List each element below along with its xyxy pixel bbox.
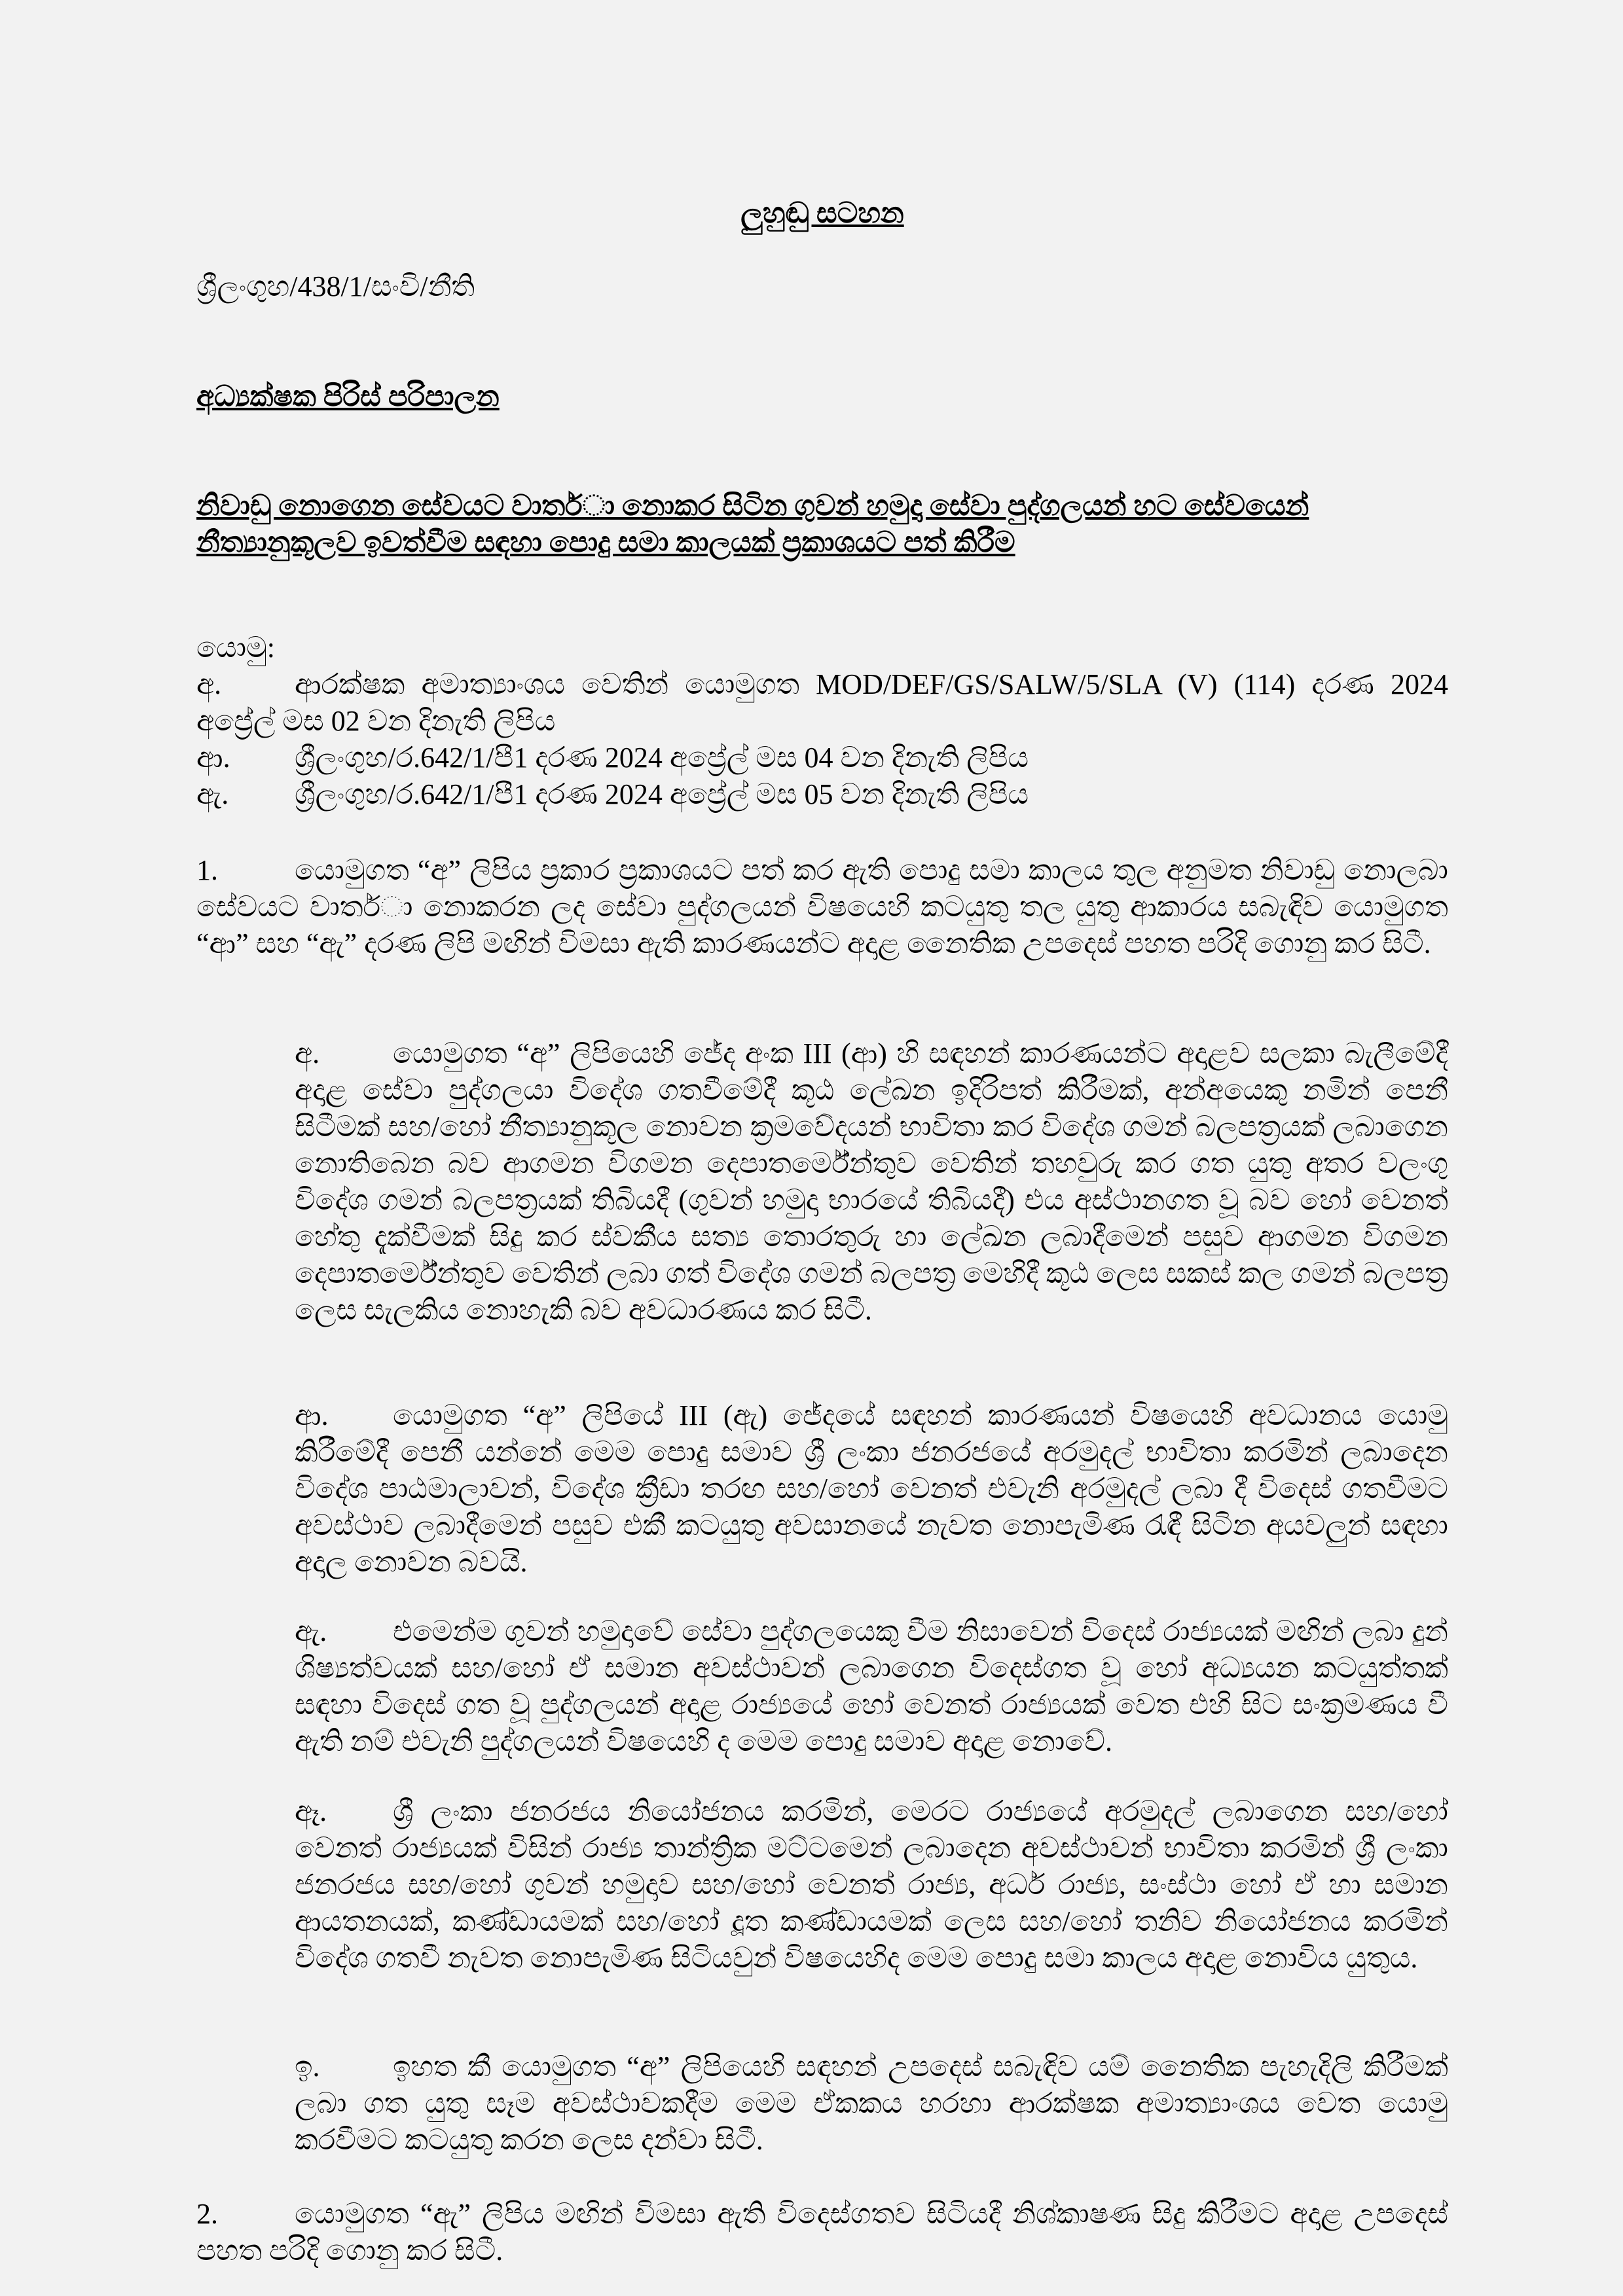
paragraph-number: 1.	[196, 852, 295, 889]
sub-item-text: ශ්‍රී ලංකා ජනරජය නියෝජනය කරමින්, මෙරට රා…	[295, 1795, 1448, 1974]
subject-line: නීත්‍යානුකූලව ඉවත්වීම සඳහා පොදු සමා කාලය…	[196, 526, 1015, 558]
addressee: අධ්‍යක්ෂක පිරිස් පරිපාලන	[196, 380, 500, 413]
sub-item-aae: ඈ.ශ්‍රී ලංකා ජනරජය නියෝජනය කරමින්, මෙරට …	[295, 1793, 1448, 1977]
subject-line: නිවාඩු නොගෙන සේවයට වාතර්ා නොකර සිටින ගුව…	[196, 488, 1448, 524]
reference-item: අ.ආරක්ෂක අමාත්‍යාංශය වෙතින් යොමුගත MOD/D…	[196, 666, 1448, 740]
document-title: ලුහුඬු සටහන	[196, 196, 1448, 230]
reference-marker: ආ.	[196, 740, 295, 776]
reference-text: ශ්‍රීලංගුහ/ර.642/1/පී1 දරණ 2024 අප්‍රේල්…	[295, 778, 1029, 810]
reference-text: ආරක්ෂක අමාත්‍යාංශය වෙතින් යොමුගත MOD/DEF…	[196, 668, 1448, 737]
sub-item-marker: ඈ.	[295, 1793, 393, 1830]
sub-item-aa: ආ.යොමුගත “අ” ලිපියේ III (ඇ) ජේදයේ සඳහන් …	[295, 1397, 1448, 1581]
references-list: යොමු: අ.ආරක්ෂක අමාත්‍යාංශය වෙතින් යොමුගත…	[196, 630, 1448, 813]
paragraph-text: යොමුගත “අ” ලිපිය ප්‍රකාර ප්‍රකාශයට පත් ක…	[196, 854, 1448, 960]
sub-item-marker: ආ.	[295, 1397, 393, 1434]
sub-item-i: ඉ.ඉහත කී යොමුගත “අ” ලිපියෙහි සඳහන් උපදෙස…	[295, 2049, 1448, 2159]
paragraph-2: 2.යොමුගත “ඇ” ලිපිය මඟින් විමසා ඇති විදෙස…	[196, 2196, 1448, 2269]
reference-marker: ඇ.	[196, 776, 295, 813]
sub-item-text: යොමුගත “අ” ලිපියෙහි ජේද අංක III (ආ) හි ස…	[295, 1037, 1448, 1326]
sub-item-text: ඉහත කී යොමුගත “අ” ලිපියෙහි සඳහන් උපදෙස් …	[295, 2051, 1448, 2156]
subject-heading: නිවාඩු නොගෙන සේවයට වාතර්ා නොකර සිටින ගුව…	[196, 488, 1448, 561]
sub-item-text: යොමුගත “අ” ලිපියේ III (ඇ) ජේදයේ සඳහන් කා…	[295, 1399, 1448, 1578]
sub-item-text: එමෙන්ම ගුවන් හමුදාවේ සේවා පුද්ගලයෙකු වීම…	[295, 1615, 1448, 1757]
sub-item-a: අ.යොමුගත “අ” ලිපියෙහි ජේද අංක III (ආ) හි…	[295, 1035, 1448, 1329]
sub-item-marker: අ.	[295, 1035, 393, 1072]
sub-item-ae: ඇ.එමෙන්ම ගුවන් හමුදාවේ සේවා පුද්ගලයෙකු ව…	[295, 1613, 1448, 1760]
paragraph-1: 1.යොමුගත “අ” ලිපිය ප්‍රකාර ප්‍රකාශයට පත්…	[196, 852, 1448, 962]
sub-item-marker: ඉ.	[295, 2049, 393, 2085]
reference-text: ශ්‍රීලංගුහ/ර.642/1/පී1 දරණ 2024 අප්‍රේල්…	[295, 742, 1029, 774]
reference-item: ඇ.ශ්‍රීලංගුහ/ර.642/1/පී1 දරණ 2024 අප්‍රේ…	[196, 776, 1448, 813]
references-lead: යොමු:	[196, 630, 1448, 666]
reference-marker: අ.	[196, 666, 295, 703]
reference-item: ආ.ශ්‍රීලංගුහ/ර.642/1/පී1 දරණ 2024 අප්‍රේ…	[196, 740, 1448, 776]
paragraph-number: 2.	[196, 2196, 295, 2233]
paragraph-text: යොමුගත “ඇ” ලිපිය මඟින් විමසා ඇති විදෙස්ග…	[196, 2198, 1448, 2267]
reference-number: ශ්‍රීලංගුහ/438/1/සංවි/නීති	[196, 270, 475, 303]
sub-item-marker: ඇ.	[295, 1613, 393, 1650]
